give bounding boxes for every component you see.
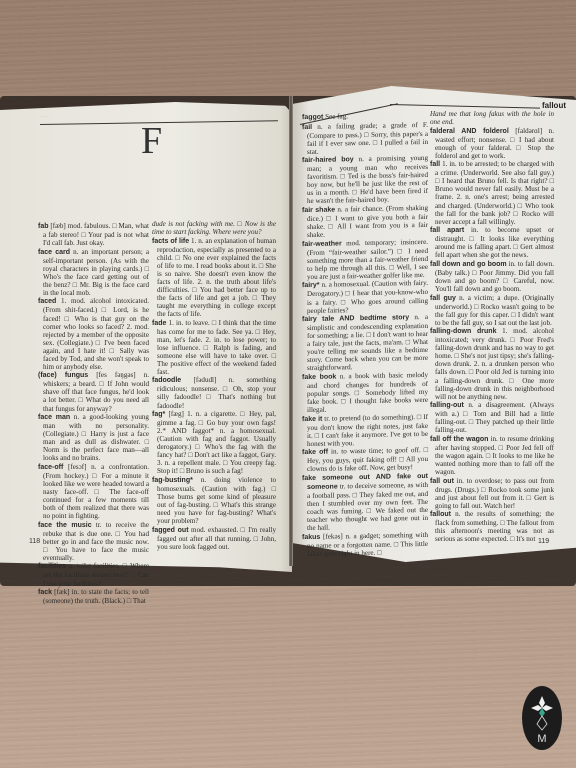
definition: 1. in. to leave. □ I think that the time…	[157, 319, 276, 376]
right-running-head: fallout	[542, 101, 566, 110]
right-column-2: Hand me that long fakus with the hole in…	[430, 110, 554, 544]
headword: face the music	[38, 522, 92, 529]
headword: facilities	[38, 563, 66, 570]
dictionary-entry: facilities n. toilet facilities. □ Where…	[38, 562, 149, 587]
dictionary-entry: fall off the wagon in. to resume drinkin…	[430, 435, 554, 476]
headword: fake it	[302, 415, 322, 422]
headword: falling-down drunk	[430, 328, 496, 335]
left-running-head: ········	[40, 114, 48, 118]
headword: faced	[38, 298, 56, 305]
dictionary-entry: dude is not facking with me. □ Now is th…	[152, 220, 276, 236]
definition: n. the results of something; the flack f…	[435, 510, 554, 543]
headword: fall down and go boom	[430, 261, 507, 268]
dictionary-entry: falling-down drunk 1. mod. alcohol intox…	[430, 327, 554, 400]
dictionary-entry: fag* [fæg] 1. n. a cigarette. □ Hey, pal…	[152, 410, 276, 475]
diamond-flower-icon: M	[522, 686, 562, 750]
right-page-number: 119	[538, 538, 549, 545]
headword: fag*	[152, 411, 165, 418]
definition: 1. mod. alcohol intoxicated. (From shit-…	[43, 297, 149, 370]
headword: face-off	[38, 464, 63, 471]
definition: [fæg] 1. n. a cigarette. □ Hey, pal, gim…	[157, 410, 276, 475]
headword: fall	[430, 161, 440, 168]
dictionary-entry: fairy* n. a homosexual. (Caution with fa…	[302, 279, 428, 314]
headword: fake book	[302, 373, 336, 381]
dictionary-entry: fall 1. in. to be arrested; to be charge…	[430, 160, 554, 225]
book-gutter	[289, 96, 293, 566]
dictionary-entry: fab [fæb] mod. fabulous. □ Man, what a f…	[38, 222, 149, 247]
definition: tr. to pretend (to do something). □ If y…	[307, 413, 428, 448]
headword: fade	[152, 320, 166, 327]
definition: 1. in. to be arrested; to be charged wit…	[435, 160, 554, 225]
dictionary-entry: fairy tale AND bedtime story n. a simpli…	[302, 313, 428, 373]
headword: faggot	[302, 114, 323, 121]
headword: fake off	[302, 449, 328, 456]
left-page-number: 118	[29, 538, 40, 545]
dictionary-entry: face-off [fesɔf] n. a confrontation. (Fr…	[38, 463, 149, 520]
section-letter: F	[141, 119, 162, 163]
headword: face card	[38, 249, 70, 256]
dictionary-entry: face the music tr. to receive the rebuke…	[38, 521, 149, 562]
headword: fairy*	[302, 282, 320, 289]
headword: fack	[38, 589, 52, 596]
definition: See fag.	[323, 112, 348, 120]
dictionary-entry: facts of life 1. n. an explanation of hu…	[152, 237, 276, 318]
headword: falderal AND folderol	[430, 128, 509, 135]
dictionary-entry: faced 1. mod. alcohol intoxicated. (From…	[38, 297, 149, 370]
dictionary-entry: fag-busting* n. doing violence to homose…	[152, 476, 276, 525]
headword: (face) fungus	[38, 372, 88, 379]
headword: face man	[38, 414, 70, 421]
definition: n. a homosexual. (Caution with fairy. De…	[307, 279, 428, 314]
dictionary-entry: fall down and go boom in. to fall down. …	[430, 260, 554, 293]
headword: fair-weather	[302, 240, 342, 248]
dictionary-entry: fack [fæk] in. to state the facts; to te…	[38, 588, 149, 605]
svg-text:M: M	[537, 733, 546, 745]
headword: fall apart	[430, 227, 464, 234]
headword: fallout	[430, 511, 451, 518]
headword: fagged out	[152, 527, 189, 534]
dictionary-entry: fake book n. a book with basic melody an…	[302, 371, 428, 414]
definition: [fekəs] n. a gadget; something with no n…	[307, 531, 428, 558]
definition: [fæb] mod. fabulous. □ Man, what a fab s…	[43, 222, 149, 247]
definition: dude is not facking with me. □ Now is th…	[152, 220, 276, 236]
dictionary-entry: face man n. a good-looking young man wit…	[38, 413, 149, 462]
headword: fakus	[302, 534, 320, 541]
watermark-logo: M	[522, 686, 562, 750]
dictionary-entry: Hand me that long fakus with the hole in…	[430, 110, 554, 126]
dictionary-entry: falling-out n. a disagreement. (Always w…	[430, 401, 554, 434]
dictionary-entry: fall guy n. a victim; a dupe. (Originall…	[430, 294, 554, 327]
left-column-1: fab [fæb] mod. fabulous. □ Man, what a f…	[38, 222, 149, 606]
definition: n. a failing grade; a grade of F. (Compa…	[307, 120, 428, 155]
definition: 1. n. an explanation of human reproducti…	[157, 237, 276, 318]
dictionary-entry: fall apart in. to become upset or distra…	[430, 226, 554, 259]
dictionary-entry: fadoodle [fədudl] n. something ridiculou…	[152, 376, 276, 409]
headword: fair shake	[302, 207, 335, 215]
dictionary-entry: fade 1. in. to leave. □ I think that the…	[152, 319, 276, 376]
dictionary-entry: fake it tr. to pretend (to do something)…	[302, 413, 428, 448]
dictionary-entry: fakus [fekəs] n. a gadget; something wit…	[302, 531, 428, 558]
headword: fadoodle	[152, 377, 181, 384]
dictionary-entry: fake someone out AND fake out someone tr…	[302, 472, 428, 533]
dictionary-entry: fair-haired boy n. a promising young man…	[302, 154, 428, 205]
headword: fail	[302, 123, 312, 130]
headword: fall guy	[430, 295, 456, 302]
dictionary-entry: fall out in. to overdose; to pass out fr…	[430, 477, 554, 510]
dictionary-entry: fallout n. the results of something; the…	[430, 510, 554, 543]
dictionary-entry: falderal AND folderol [faldərɑl] n. wast…	[430, 127, 554, 160]
dictionary-entry: face card n. an important person; a self…	[38, 248, 149, 297]
headword: fair-haired boy	[302, 156, 354, 164]
headword: fall out	[430, 478, 454, 485]
definition: 1. mod. alcohol intoxicated; very drunk.…	[435, 327, 554, 400]
dictionary-entry: fagged out mod. exhausted. □ I'm really …	[152, 526, 276, 551]
definition: [fæk] in. to state the facts; to tell (s…	[43, 588, 149, 605]
right-column-1: faggot See fag.fail n. a failing grade; …	[302, 111, 428, 559]
definition: [fesɔf] n. a confrontation. (From hockey…	[43, 463, 149, 520]
dictionary-entry: fail n. a failing grade; a grade of F. (…	[302, 120, 428, 155]
definition: Hand me that long fakus with the hole in…	[430, 110, 554, 126]
headword: fag-busting*	[152, 477, 193, 484]
dictionary-entry: fair shake n. a fair chance. (From shaki…	[302, 204, 428, 239]
headword: fall off the wagon	[430, 436, 488, 443]
dictionary-entry: fair-weather mod. temporary; insincere. …	[302, 238, 428, 281]
dictionary-entry: (face) fungus [fes fəŋgəs] n. whiskers; …	[38, 371, 149, 412]
headword: fab	[38, 223, 49, 230]
left-column-2: dude is not facking with me. □ Now is th…	[152, 220, 276, 551]
dictionary-entry: fake off in. to waste time; to goof off.…	[302, 446, 428, 473]
headword: falling-out	[430, 402, 464, 409]
headword: facts of life	[152, 238, 189, 245]
